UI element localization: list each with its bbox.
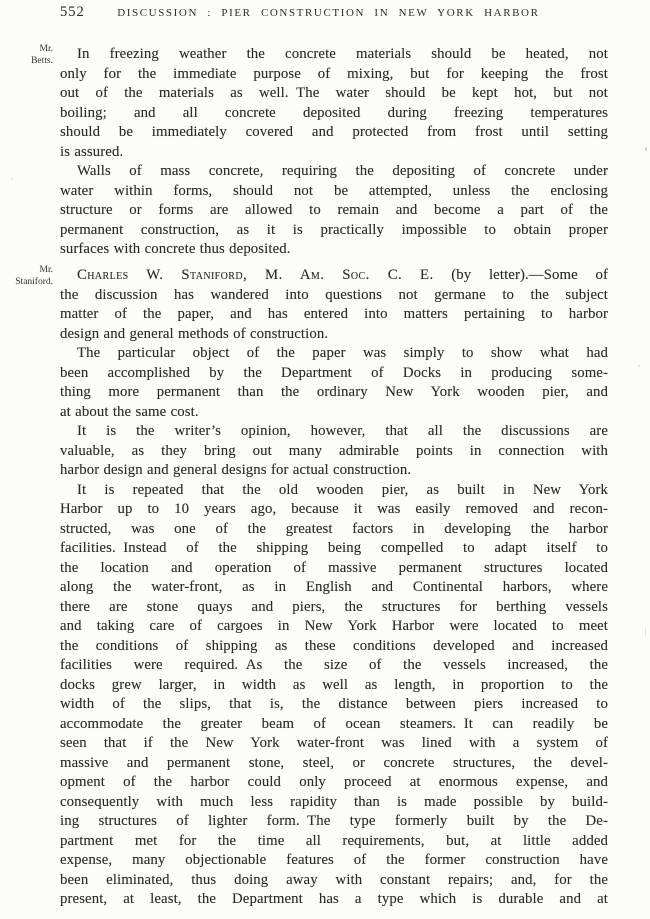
text-line: consequently with much less rapidity tha…	[60, 793, 608, 813]
text-line: Charles W. Staniford, M. Am. Soc. C. E. …	[60, 266, 608, 286]
text-line: should be immediately covered and protec…	[60, 123, 608, 143]
text-line: partment met for the time all requiremen…	[60, 832, 608, 852]
margin-note-line: Staniford.	[0, 277, 53, 289]
text-line: In freezing weather the concrete materia…	[60, 45, 608, 65]
scan-speck	[645, 147, 647, 151]
text-line: is assured.	[60, 143, 608, 163]
text-line: permanent construction, as it is practic…	[60, 221, 608, 241]
text-line: It is the writer’s opinion, however, tha…	[60, 422, 608, 442]
page-number: 552	[60, 4, 85, 21]
text-line: the location and operation of massive pe…	[60, 559, 608, 579]
margin-note-line: Betts.	[0, 56, 53, 68]
text-line: out of the materials as well. The water …	[60, 84, 608, 104]
text-line: structure or forms are allowed to remain…	[60, 201, 608, 221]
book-page: 552 DISCUSSION : PIER CONSTRUCTION IN NE…	[0, 0, 650, 919]
text-line: seen that if the New York water-front wa…	[60, 734, 608, 754]
paragraph: It is the writer’s opinion, however, tha…	[60, 422, 608, 481]
text-line: massive and permanent stone, steel, or c…	[60, 754, 608, 774]
text-line: accommodate the greater beam of ocean st…	[60, 715, 608, 735]
running-title: DISCUSSION : PIER CONSTRUCTION IN NEW YO…	[85, 7, 608, 19]
paragraph: It is repeated that the old wooden pier,…	[60, 481, 608, 910]
margin-note-line: Mr.	[0, 44, 53, 56]
text-line: water within forms, should not be attemp…	[60, 182, 608, 202]
text-line: The particular object of the paper was s…	[60, 344, 608, 364]
paragraph: Walls of mass concrete, requiring the de…	[60, 162, 608, 260]
text-line: boiling; and all concrete deposited duri…	[60, 104, 608, 124]
text-line: the discussion has wandered into questio…	[60, 286, 608, 306]
text-line: harbor design and general designs for ac…	[60, 461, 608, 481]
text-line: present, at least, the Department has a …	[60, 890, 608, 910]
scan-speck	[638, 365, 640, 367]
text-line: there are stone quays and piers, the str…	[60, 598, 608, 618]
text-line: matter of the paper, and has entered int…	[60, 305, 608, 325]
text-line: the conditions of shipping as these cond…	[60, 637, 608, 657]
paragraph: Charles W. Staniford, M. Am. Soc. C. E. …	[60, 266, 608, 344]
text-line: facilities. Instead of the shipping bein…	[60, 539, 608, 559]
text-line: design and general methods of constructi…	[60, 325, 608, 345]
text-line: been eliminated, thus doing away with co…	[60, 871, 608, 891]
text-line: structed, was one of the greatest factor…	[60, 520, 608, 540]
margin-note-betts: Mr. Betts.	[0, 44, 53, 67]
margin-note-staniford: Mr. Staniford.	[0, 265, 53, 288]
text-line: Harbor up to 10 years ago, because it wa…	[60, 500, 608, 520]
margin-note-line: Mr.	[0, 265, 53, 277]
paragraph: The particular object of the paper was s…	[60, 344, 608, 422]
text-line: docks grew larger, in width as well as l…	[60, 676, 608, 696]
paragraph: In freezing weather the concrete materia…	[60, 45, 608, 162]
text-line: at about the same cost.	[60, 403, 608, 423]
text-line: width of the slips, that is, the distanc…	[60, 695, 608, 715]
page-header: 552 DISCUSSION : PIER CONSTRUCTION IN NE…	[60, 4, 608, 21]
text-line: only for the immediate purpose of mixing…	[60, 65, 608, 85]
text-line: Walls of mass concrete, requiring the de…	[60, 162, 608, 182]
text-line: valuable, as they bring out many admirab…	[60, 442, 608, 462]
text-line: facilities were required. As the size of…	[60, 656, 608, 676]
scan-speck	[645, 628, 646, 636]
text-line: along the water-front, as in English and…	[60, 578, 608, 598]
text-line: surfaces with concrete thus deposited.	[60, 240, 608, 260]
speaker-name: Charles W. Staniford, M. Am. Soc. C. E.	[77, 267, 434, 283]
text-line: ing structures of lighter form. The type…	[60, 812, 608, 832]
text-line: thing more permanent than the ordinary N…	[60, 383, 608, 403]
text-line: and taking care of cargoes in New York H…	[60, 617, 608, 637]
text-line: opment of the harbor could only proceed …	[60, 773, 608, 793]
text-body: In freezing weather the concrete materia…	[60, 45, 608, 910]
text-line: been accomplished by the Department of D…	[60, 364, 608, 384]
scan-speck	[11, 178, 13, 180]
text-line: It is repeated that the old wooden pier,…	[60, 481, 608, 501]
text-line: expense, many objectionable features of …	[60, 851, 608, 871]
